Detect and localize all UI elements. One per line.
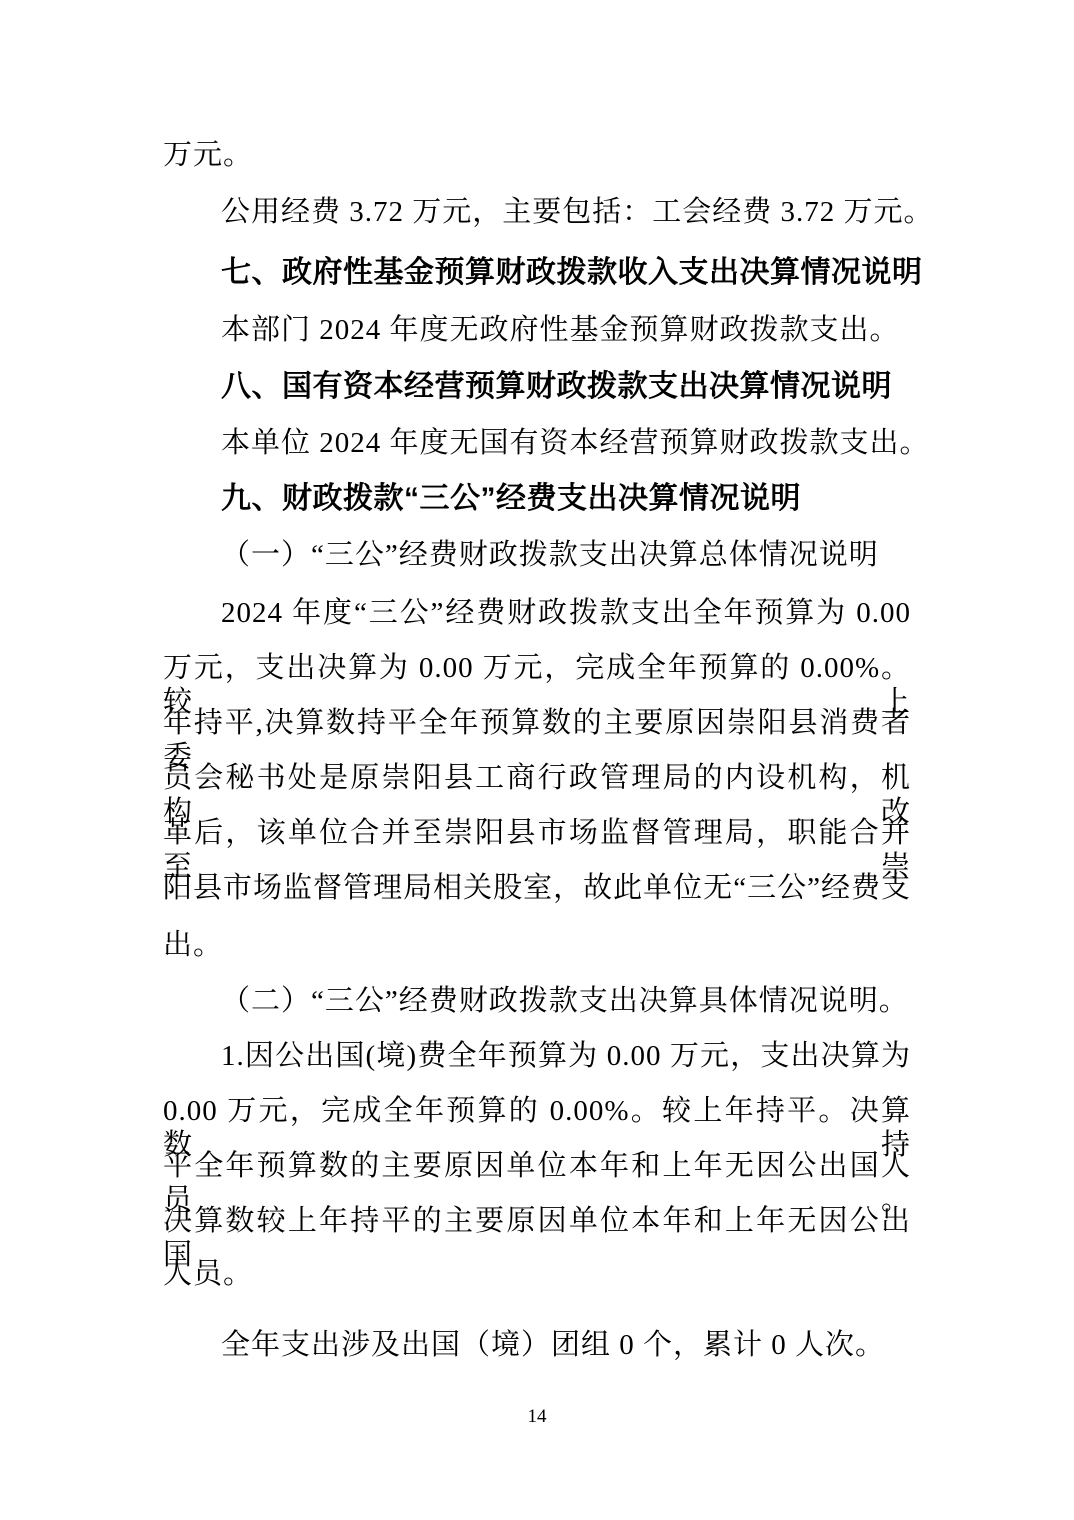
heading-section-9: 九、财政拨款“三公”经费支出决算情况说明 — [163, 482, 911, 516]
paragraph-sangong-line-7: 出。 — [163, 928, 911, 962]
paragraph-abroad-line-5: 人员。 — [163, 1257, 911, 1291]
continuation-line-wanyuan: 万元。 — [163, 138, 911, 172]
subheading-part-1: （一）“三公”经费财政拨款支出决算总体情况说明 — [163, 538, 911, 572]
subheading-part-2: （二）“三公”经费财政拨款支出决算具体情况说明。 — [163, 984, 911, 1018]
paragraph-delegation-summary: 全年支出涉及出国（境）团组 0 个，累计 0 人次。 — [163, 1328, 911, 1362]
paragraph-gov-fund-budget: 本部门 2024 年度无政府性基金预算财政拨款支出。 — [163, 313, 911, 347]
heading-section-8: 八、国有资本经营预算财政拨款支出决算情况说明 — [163, 370, 911, 404]
document-body: 万元。 公用经费 3.72 万元，主要包括：工会经费 3.72 万元。 七、政府… — [163, 0, 911, 1520]
paragraph-sangong-line-1: 2024 年度“三公”经费财政拨款支出全年预算为 0.00 — [163, 596, 911, 630]
paragraph-state-capital-budget: 本单位 2024 年度无国有资本经营预算财政拨款支出。 — [163, 426, 911, 460]
heading-section-7: 七、政府性基金预算财政拨款收入支出决算情况说明 — [163, 256, 911, 290]
page-number: 14 — [0, 1406, 1074, 1428]
document-page: 万元。 公用经费 3.72 万元，主要包括：工会经费 3.72 万元。 七、政府… — [0, 0, 1074, 1520]
paragraph-abroad-line-1: 1.因公出国(境)费全年预算为 0.00 万元，支出决算为 — [163, 1039, 911, 1073]
paragraph-public-funds: 公用经费 3.72 万元，主要包括：工会经费 3.72 万元。 — [163, 195, 911, 229]
paragraph-sangong-line-6: 阳县市场监督管理局相关股室，故此单位无“三公”经费支 — [163, 871, 911, 905]
